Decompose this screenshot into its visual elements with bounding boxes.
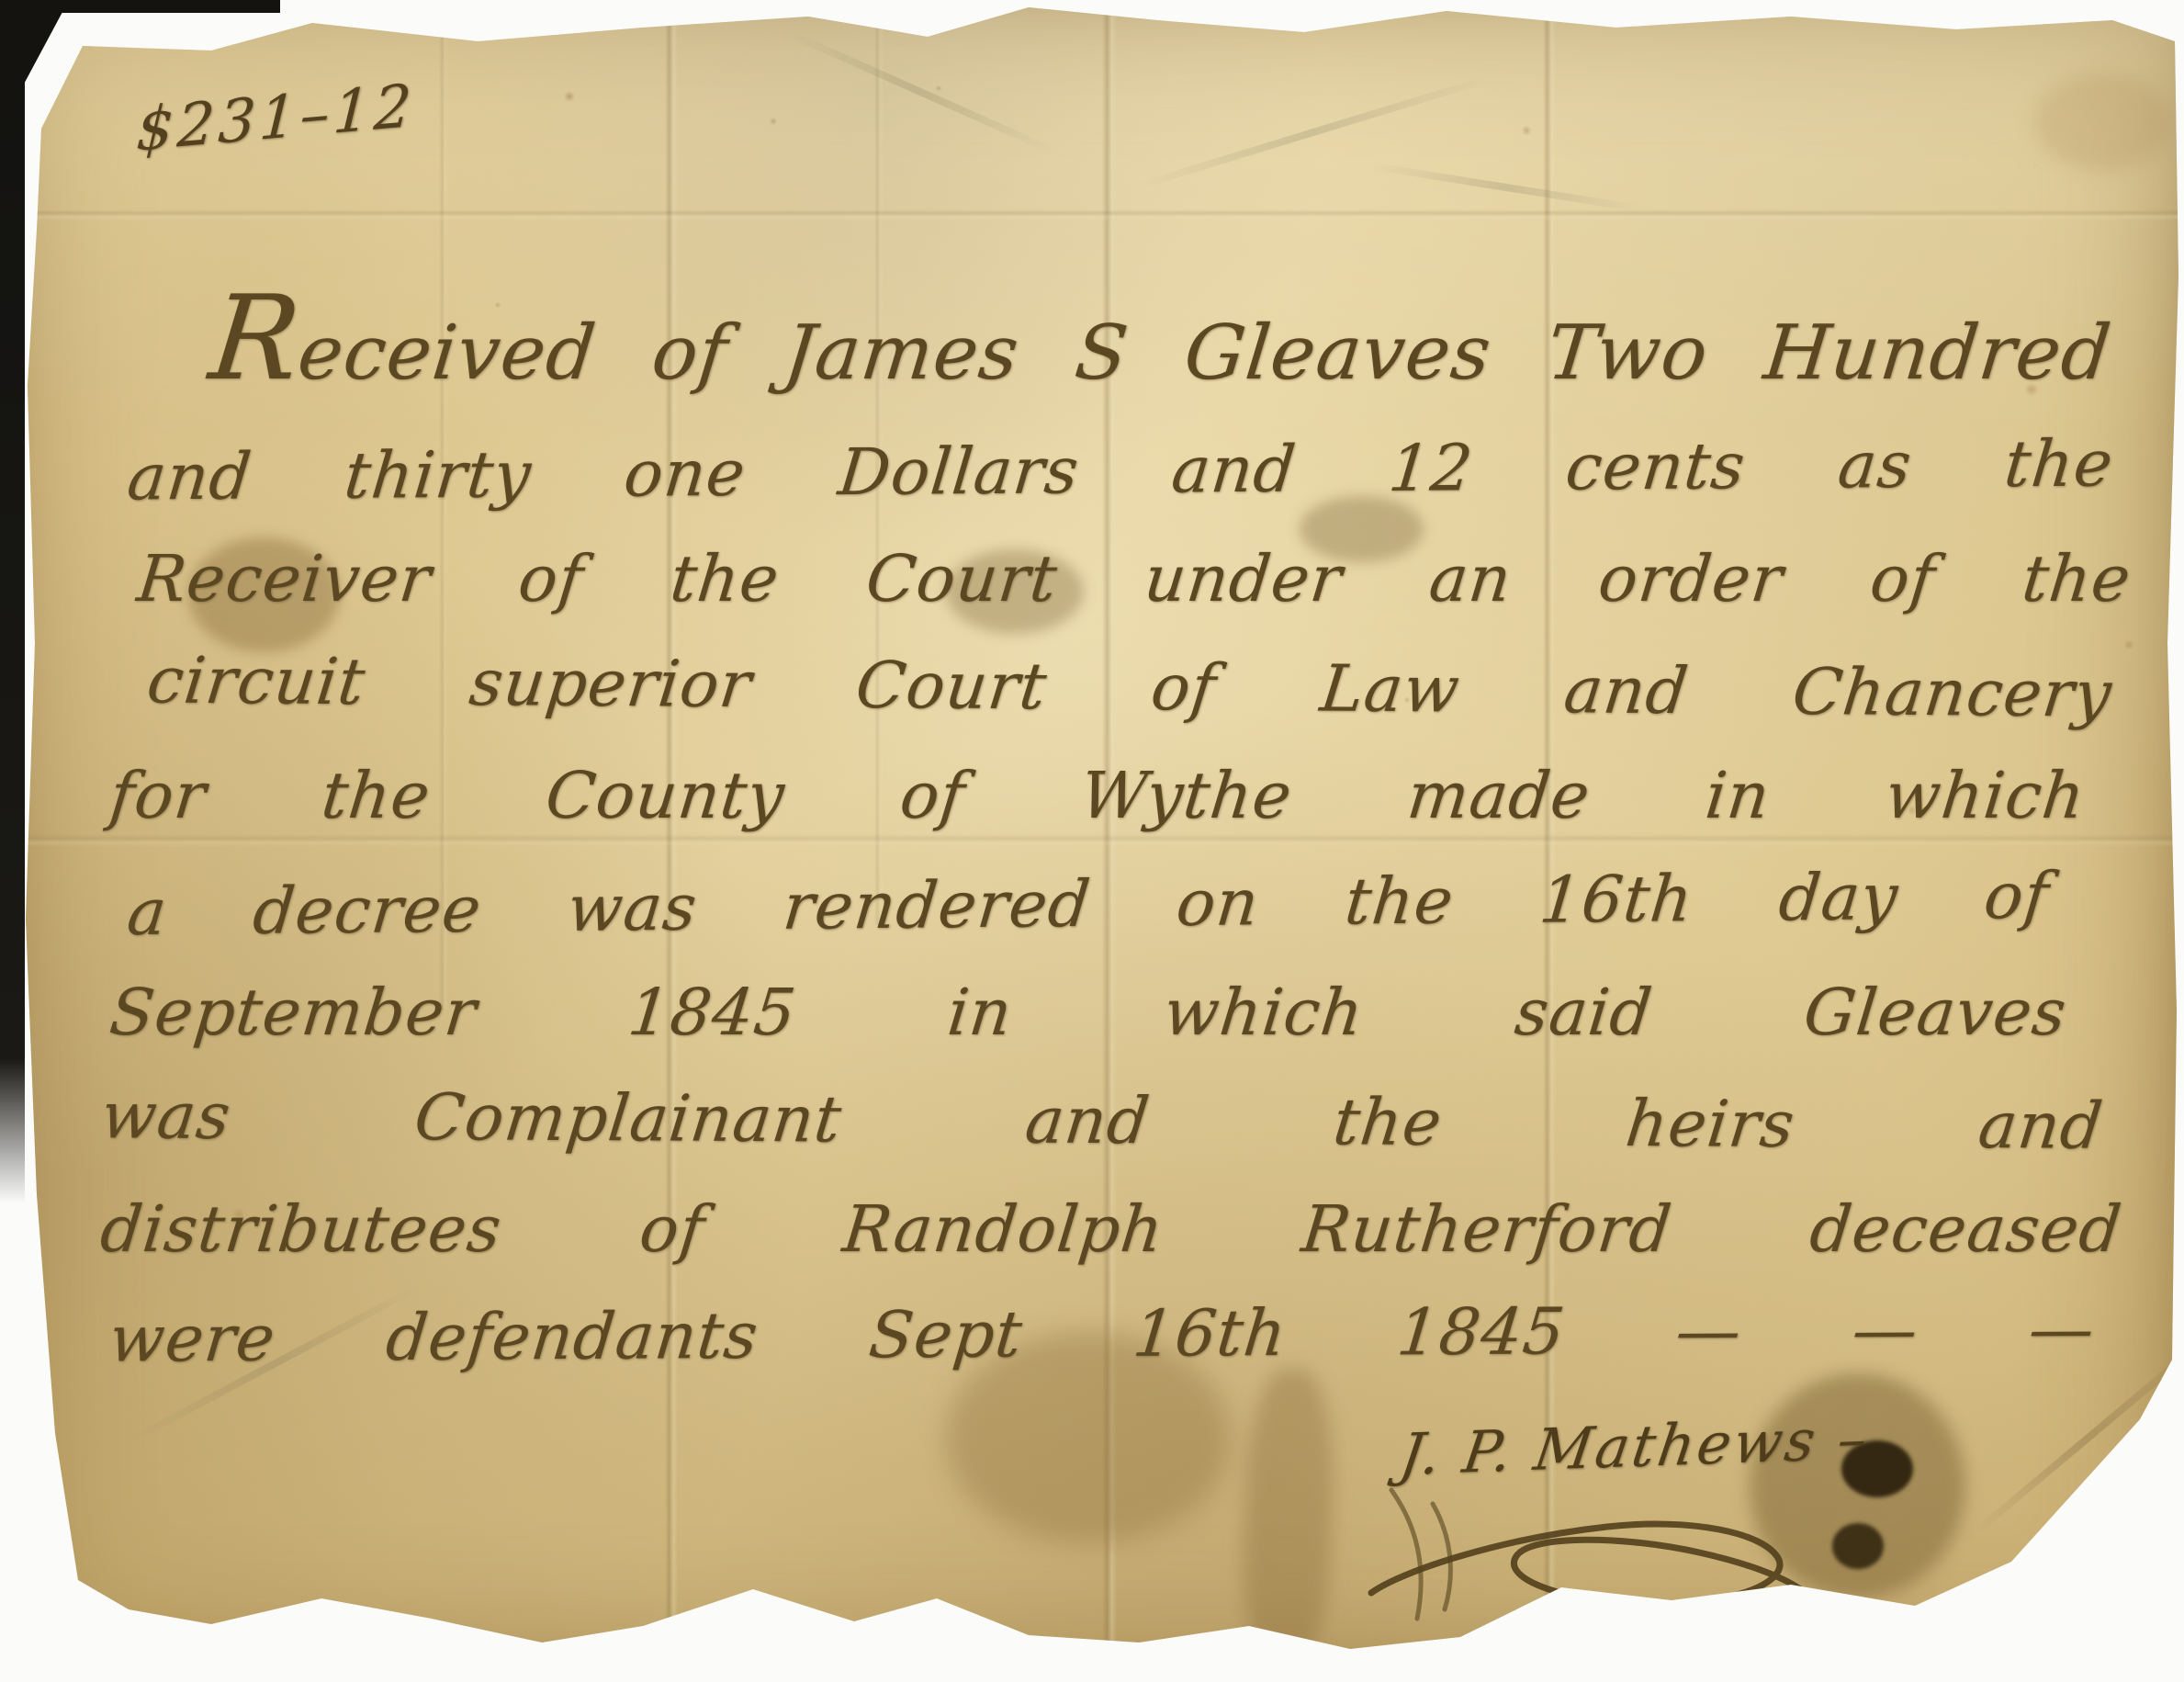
handwritten-line-3: Receiver of the Court under an order of … [134,540,2135,617]
handwritten-line-4: circuit superior Court of Law and Chance… [143,642,2116,733]
handwritten-line-6: a decree was rendered on the 16th day of [124,857,2053,951]
crumple-crease [1137,75,1491,190]
handwritten-line-2: and thirty one Dollars and 12 cents as t… [124,424,2117,515]
flourish-stroke [1371,1524,1803,1604]
handwritten-line-8: was Complainant and the heirs and [97,1077,2107,1164]
paper-sheet: $231–12 Received of James S Gleaves Two … [0,0,2184,1682]
signature-flourish [1364,1481,1823,1637]
handwritten-line-9: distributees of Randolph Rutherford dece… [97,1191,2126,1268]
water-stain-streak [1239,1367,1336,1673]
fold-crease-horizontal [0,209,2184,220]
handwritten-line-5: for the County of Wythe made in which [107,757,2089,834]
scanner-edge-shadow-left [0,0,25,1203]
ink-blot-dark [1832,1523,1884,1569]
crumple-crease [782,28,1054,153]
flourish-stroke [1391,1490,1450,1619]
handwritten-line-10: were defendants Sept 16th 1845 — — — [106,1290,2099,1377]
crumple-crease [1369,163,1643,213]
handwritten-line-1: Received of James S Gleaves Two Hundred [204,268,2120,409]
fold-crease-vertical [665,0,678,1682]
fold-crease-vertical [1102,0,1117,1682]
amount-notation: $231–12 [135,72,417,164]
signature: J. P. Mathews – [1396,1405,1874,1488]
foxing-stain [2034,73,2172,170]
handwritten-line-7: September 1845 in which said Gleaves [107,974,2071,1051]
fold-crease-horizontal [0,834,2184,847]
scanned-document: $231–12 Received of James S Gleaves Two … [0,0,2184,1682]
